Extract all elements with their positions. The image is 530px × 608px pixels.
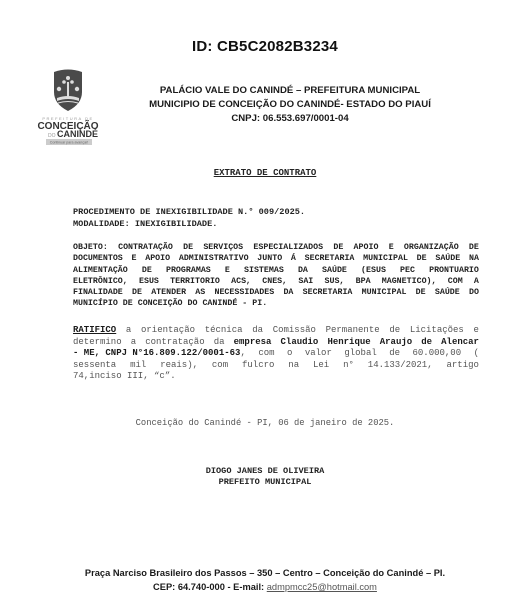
signatory-name: DIOGO JANES DE OLIVEIRA — [0, 466, 530, 477]
signature-block: DIOGO JANES DE OLIVEIRA PREFEITO MUNICIP… — [0, 466, 530, 488]
letterhead-municipality: MUNICIPIO DE CONCEIÇÃO DO CANINDÉ- ESTAD… — [110, 98, 470, 112]
object-line: OBJETO:CONTRATAÇÃODESERVIÇOSESPECIALIZAD… — [73, 242, 479, 253]
modality: MODALIDADE: INEXIGIBILIDADE. — [73, 219, 305, 231]
municipality-logo: PREFEITURA DE CONCEIÇÃO DO CANINDÉ Conti… — [32, 66, 104, 146]
letterhead-palace: PALÁCIO VALE DO CANINDÉ – PREFEITURA MUN… — [110, 84, 470, 98]
contractor-cnpj: - ME, CNPJ N°16.809.122/0001-63 — [73, 348, 240, 358]
document-title: EXTRATO DE CONTRATO — [0, 168, 530, 178]
ratification-paragraph: RATIFICOaorientaçãotécnicadaComissãoPerm… — [73, 325, 479, 383]
footer: Praça Narciso Brasileiro dos Passos – 35… — [0, 566, 530, 594]
document-title-text: EXTRATO DE CONTRATO — [214, 168, 317, 178]
footer-contact: CEP: 64.740-000 - E-mail: admpmcc25@hotm… — [0, 580, 530, 594]
place-and-date: Conceição do Canindé - PI, 06 de janeiro… — [0, 418, 530, 428]
document-id: ID: CB5C2082B3234 — [0, 38, 530, 55]
email-link[interactable]: admpmcc25@hotmail.com — [267, 582, 377, 592]
object-line: DOCUMENTOSEAPOIOADMINISTRATIVOJUNTOÁSECR… — [73, 253, 479, 264]
contract-object: OBJETO:CONTRATAÇÃODESERVIÇOSESPECIALIZAD… — [73, 242, 479, 310]
letterhead-cnpj: CNPJ: 06.553.697/0001-04 — [110, 112, 470, 126]
letterhead: PALÁCIO VALE DO CANINDÉ – PREFEITURA MUN… — [110, 84, 470, 126]
svg-text:CANINDÉ: CANINDÉ — [57, 129, 98, 139]
signatory-role: PREFEITO MUNICIPAL — [0, 477, 530, 488]
procedure-block: PROCEDIMENTO DE INEXIGIBILIDADE N.° 009/… — [73, 207, 305, 230]
ratifico-keyword: RATIFICO — [73, 325, 116, 337]
object-line: ELETRÔNICO,ESUSTERRITORIOACS,CNES,SAISUS… — [73, 276, 479, 287]
footer-cep: CEP: 64.740-000 - E-mail: — [153, 582, 267, 592]
svg-text:Continuar para avançar!: Continuar para avançar! — [50, 141, 89, 145]
object-line: MUNICÍPIO DE CONCEIÇÃO DO CANINDÉ - PI. — [73, 298, 479, 309]
object-line: FINALIDADEDEATENDERASNECESSIDADESDASECRE… — [73, 287, 479, 298]
svg-text:DO: DO — [48, 133, 56, 139]
object-line: ALIMENTAÇÃODEPROGRAMASESISTEMASDASAÚDE(E… — [73, 265, 479, 276]
municipal-coat-of-arms-icon: PREFEITURA DE CONCEIÇÃO DO CANINDÉ Conti… — [32, 66, 104, 146]
footer-address: Praça Narciso Brasileiro dos Passos – 35… — [0, 566, 530, 580]
procedure-number: PROCEDIMENTO DE INEXIGIBILIDADE N.° 009/… — [73, 207, 305, 219]
